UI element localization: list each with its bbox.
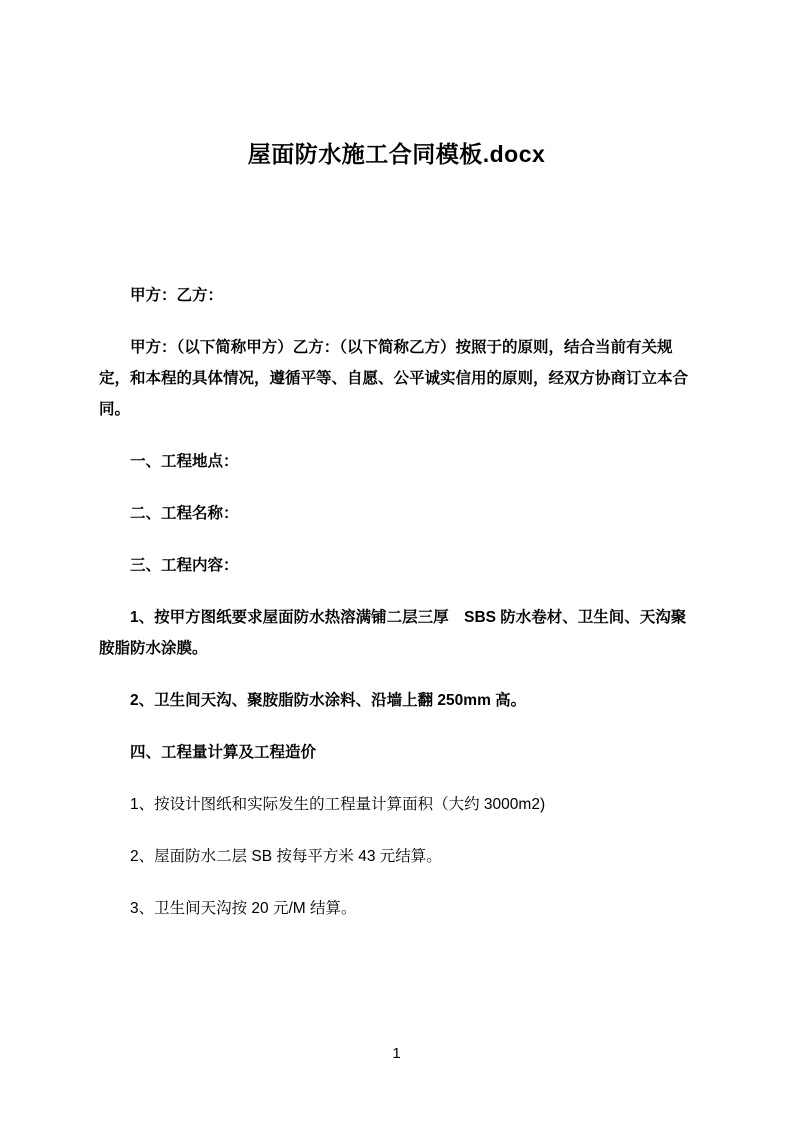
doc-item: 3、卫生间天沟按 20 元/M 结算。: [99, 893, 694, 924]
doc-heading: 三、工程内容：: [99, 550, 694, 581]
doc-item: 1、按设计图纸和实际发生的工程量计算面积（大约 3000m2): [99, 789, 694, 820]
doc-heading: 四、工程量计算及工程造价: [99, 737, 694, 768]
document-page: 屋面防水施工合同模板.docx 甲方：乙方：甲方：（以下简称甲方）乙方：（以下简…: [0, 0, 793, 1122]
doc-item: 1、按甲方图纸要求屋面防水热溶满铺二层三厚 SBS 防水卷材、卫生间、天沟聚胺脂…: [99, 602, 694, 664]
doc-item: 2、卫生间天沟、聚胺脂防水涂料、沿墙上翻 250mm 高。: [99, 685, 694, 716]
doc-item: 2、屋面防水二层 SB 按每平方米 43 元结算。: [99, 841, 694, 872]
doc-heading: 一、工程地点：: [99, 446, 694, 477]
page-number: 1: [0, 1044, 793, 1064]
document-body: 甲方：乙方：甲方：（以下简称甲方）乙方：（以下简称乙方）按照于的原则，结合当前有…: [99, 280, 694, 945]
doc-paragraph: 甲方：（以下简称甲方）乙方：（以下简称乙方）按照于的原则，结合当前有关规定，和本…: [99, 332, 694, 425]
document-title: 屋面防水施工合同模板.docx: [99, 138, 694, 171]
doc-heading: 二、工程名称：: [99, 498, 694, 529]
doc-paragraph: 甲方：乙方：: [99, 280, 694, 311]
